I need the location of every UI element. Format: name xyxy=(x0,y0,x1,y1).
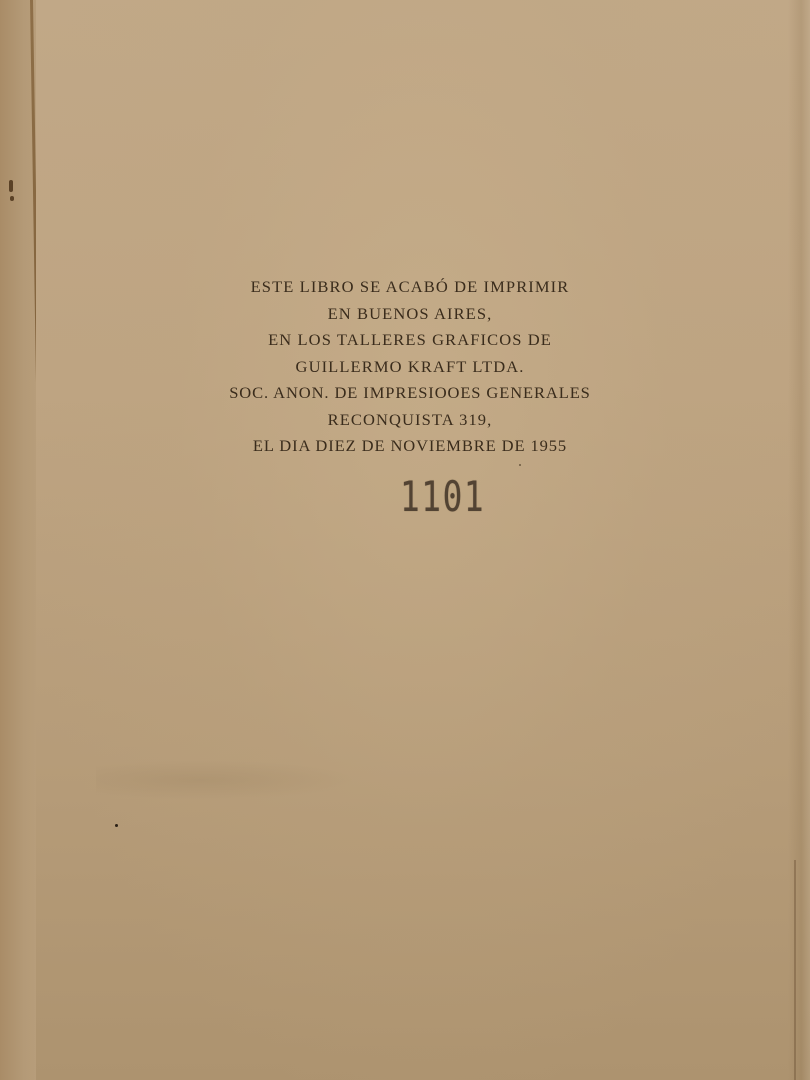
colophon-line-3: EN LOS TALLERES GRAFICOS DE xyxy=(190,328,630,353)
colophon-line-5: SOC. ANON. DE IMPRESIOOES GENERALES xyxy=(190,381,630,406)
colophon-text-block: ESTE LIBRO SE ACABÓ DE IMPRIMIR EN BUENO… xyxy=(190,274,630,460)
paper-speck xyxy=(115,824,118,827)
page-right-edge xyxy=(788,0,810,1080)
binding-mark xyxy=(9,180,13,192)
colophon-line-4: GUILLERMO KRAFT LTDA. xyxy=(190,354,630,379)
book-page xyxy=(36,0,810,1080)
stamped-copy-number: 1101 xyxy=(400,472,494,521)
colophon-line-1: ESTE LIBRO SE ACABÓ DE IMPRIMIR xyxy=(190,275,630,300)
colophon-line-2: EN BUENOS AIRES, xyxy=(190,301,630,326)
paper-speck xyxy=(519,464,521,466)
colophon-line-7: EL DIA DIEZ DE NOVIEMBRE DE 1955 xyxy=(190,434,630,459)
binding-mark xyxy=(10,196,14,201)
page-crease xyxy=(96,760,356,800)
colophon-line-6: RECONQUISTA 319, xyxy=(190,407,630,432)
